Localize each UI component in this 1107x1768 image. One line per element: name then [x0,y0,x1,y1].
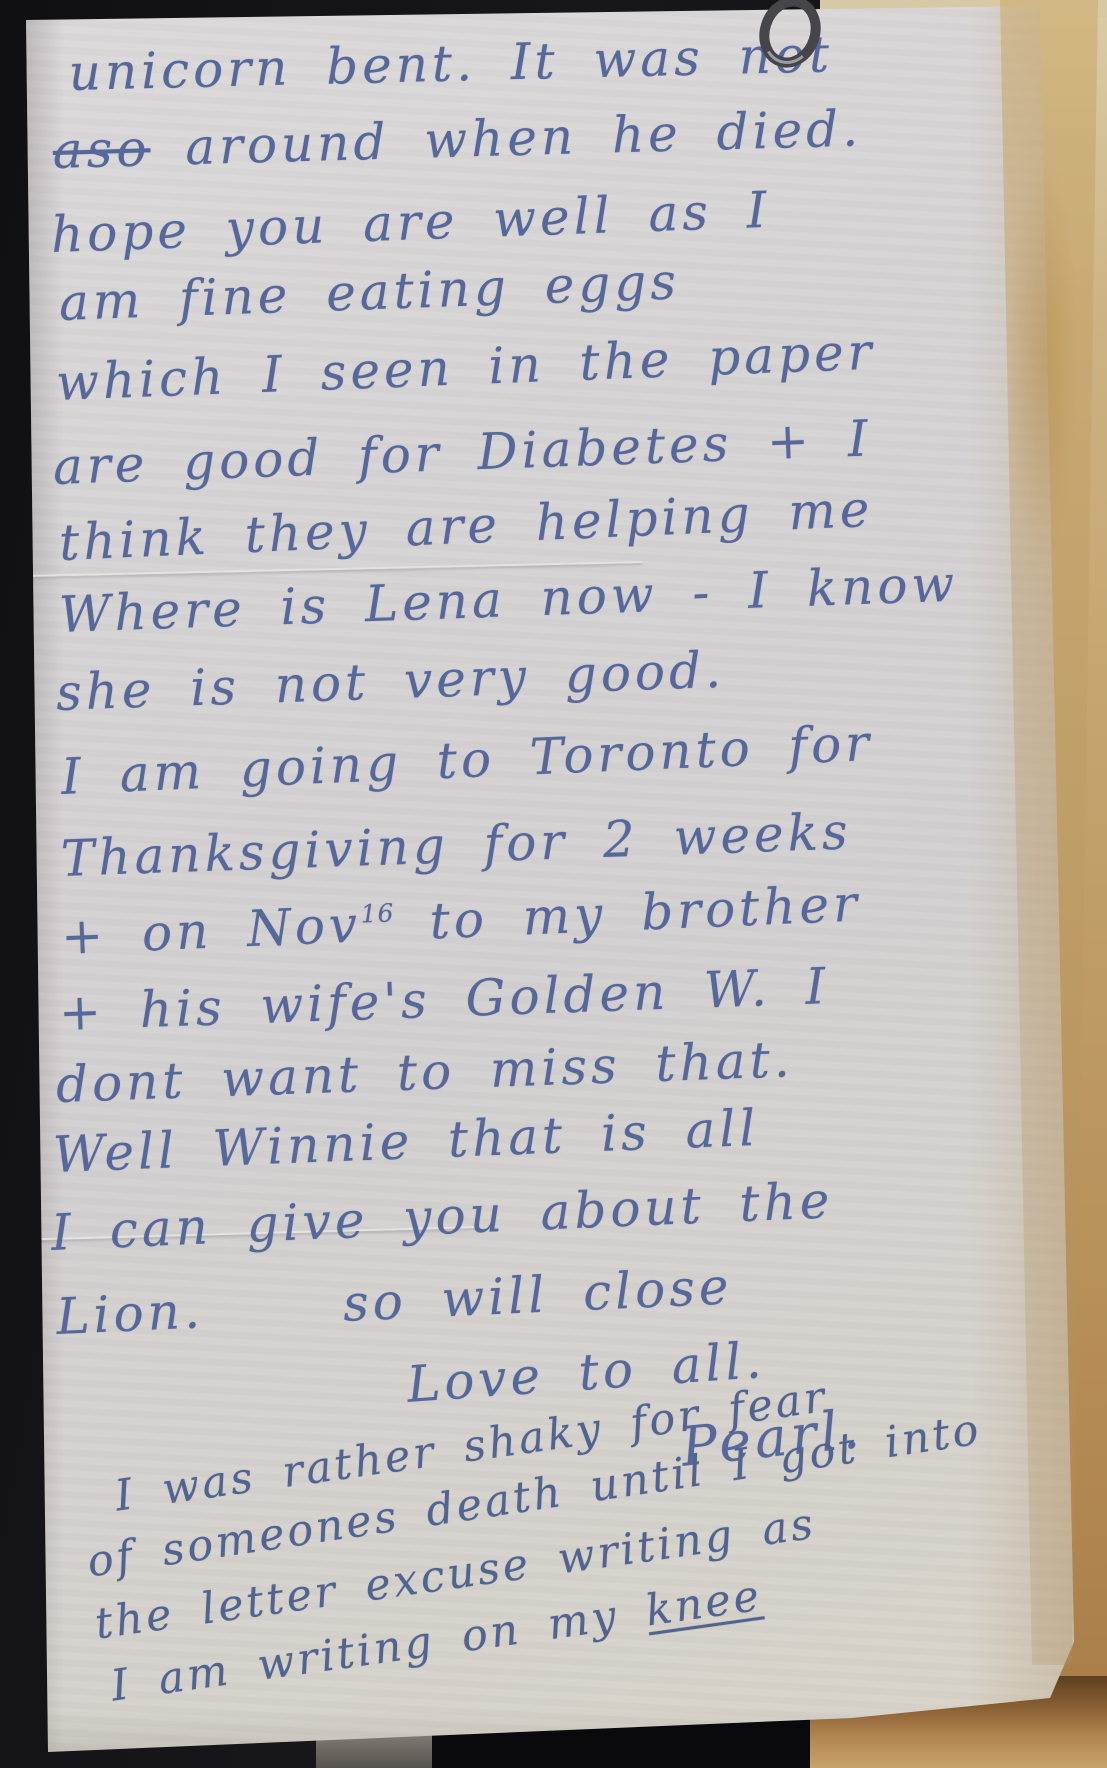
letter-text-segment: I can give you about the [50,1171,834,1262]
cardboard-backing-board [1032,0,1107,1768]
letter-line: aso around when he died. [52,99,863,180]
letter-text-segment: to my brother [394,874,862,951]
letter-text-segment: hope you are well as I [50,181,771,264]
letter-line: + his wife's Golden W. I [58,957,830,1042]
paper-fold-crease [22,561,642,577]
letter-text-segment: the letter excuse writing as [92,1499,819,1650]
letter-line: Lion. so will close [55,1257,734,1346]
metal-ring-clip-icon [742,0,838,80]
letter-line: Well Winnie that is all [52,1099,760,1184]
letter-line: think they are helping me [58,480,875,572]
postscript-line: of someones death until I got into [84,1405,985,1588]
letter-text-segment: unicorn bent. It was not [68,25,834,102]
letter-line: am fine eating eggs [58,252,681,332]
letter-line: I am going to Toronto for [60,714,874,806]
letter-text-segment: knee [643,1571,765,1637]
letter-text-segment: of someones death until I got into [84,1405,985,1588]
letter-line: which I seen in the paper [55,323,876,412]
tape-stain [1008,150,1078,570]
letter-text-segment: + his wife's Golden W. I [58,957,830,1042]
letter-text-segment: dont want to miss that. [55,1030,794,1114]
letter-text-segment: + on Nov [60,895,362,966]
letter-text-segment: which I seen in the paper [55,323,876,412]
backing-top-edge [820,0,1107,18]
signature: Pearl. [678,1397,866,1479]
letter-text-segment: think they are helping me [58,480,875,572]
letter-text-segment: around when he died. [150,99,863,177]
postscript-line: the letter excuse writing as [92,1499,819,1650]
letter-line: hope you are well as I [50,181,771,264]
letter-line: are good for Diabetes + I [52,409,873,496]
photo-of-handwritten-letter: Love to all. Pearl. unicorn bent. It was… [0,0,1107,1768]
postscript-line: I am writing on my knee [108,1571,765,1712]
letter-text-segment: she is not very good. [55,641,726,722]
paper-right-edge-yellowing [967,0,1077,1768]
closing-line: Love to all. [405,1331,767,1414]
letter-text-segment: I am writing on my [108,1587,649,1712]
postscript-line: I was rather shaky for fear [112,1372,831,1522]
backing-bottom-corner [790,1676,1107,1768]
letter-line: unicorn bent. It was not [68,25,834,102]
letter-text-segment: am fine eating eggs [58,252,681,332]
letter-line: + on Nov16 to my brother [60,874,862,965]
paper-bottom-shadow [0,1708,1107,1768]
letter-line: Thanksgiving for 2 weeks [60,802,852,888]
yellowed-tape-strip [0,0,1107,1768]
background-shadow-area [420,1690,810,1768]
letter-text-segment: I was rather shaky for fear [112,1372,831,1522]
letter-paper: Love to all. Pearl. unicorn bent. It was… [0,0,1107,1768]
letter-text-segment: Where is Lena now - I know [58,555,959,644]
letter-line: she is not very good. [55,641,726,722]
letter-text-segment: are good for Diabetes + I [52,409,873,496]
letter-text-segment: 16 [360,898,395,928]
letter-text-segment: Well Winnie that is all [52,1099,760,1184]
paper-fold-crease [40,1226,480,1240]
letter-text-segment: Thanksgiving for 2 weeks [60,802,852,888]
letter-line: Where is Lena now - I know [58,555,959,644]
letter-text-segment: I am going to Toronto for [60,714,874,806]
background-gray-strip [316,1698,432,1768]
letter-line: dont want to miss that. [55,1030,794,1114]
letter-line: I can give you about the [50,1171,834,1262]
letter-text-segment: aso [52,119,151,180]
letter-text-segment: Lion. so will close [55,1257,734,1346]
paper-left-edge-shadow [22,0,64,1768]
